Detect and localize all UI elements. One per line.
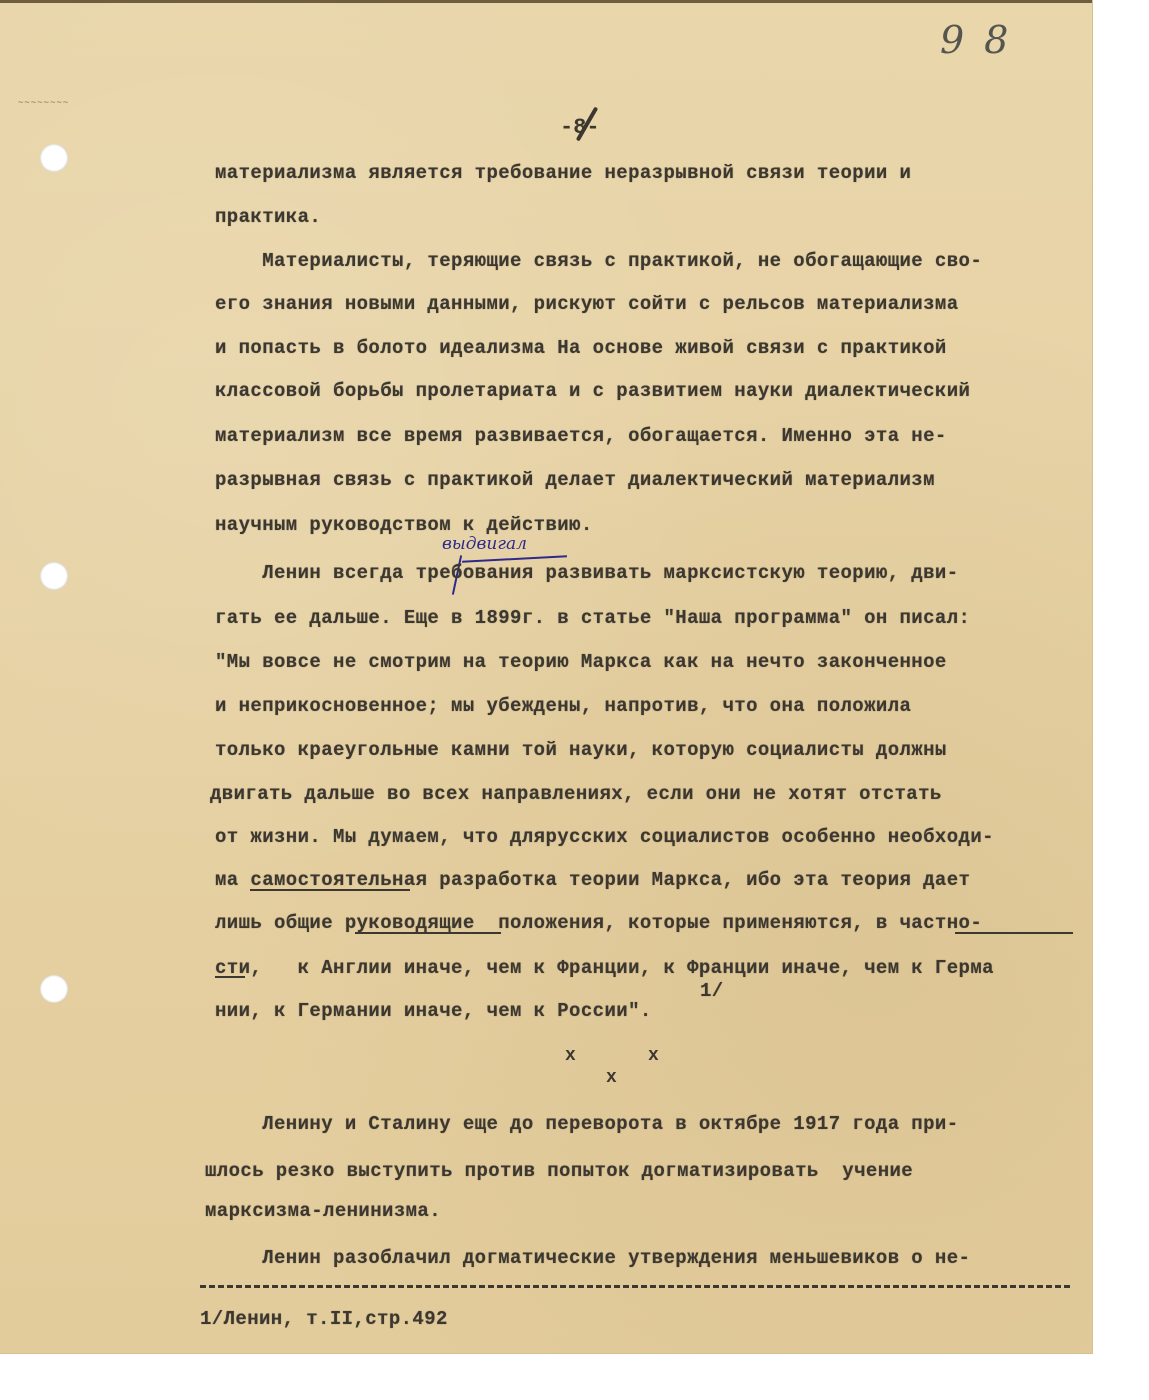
underline-mark (955, 932, 1073, 934)
underline-mark (355, 932, 501, 934)
text-line: и неприкосновенное; мы убеждены, напроти… (215, 695, 911, 717)
text-line: сти, к Англии иначе, чем к Франции, к Фр… (215, 957, 994, 979)
text-line: Ленину и Сталину еще до переворота в окт… (215, 1113, 959, 1135)
typewritten-page: ~~~~~~~~ 98 -8- материализма является тр… (0, 0, 1093, 1354)
underline-mark (250, 889, 410, 891)
text-line: только краеугольные камни той науки, кот… (215, 739, 947, 761)
footnote: 1/Ленин, т.II,стр.492 (200, 1308, 448, 1330)
text-line: от жизни. Мы думаем, что длярусских соци… (215, 826, 994, 848)
punch-hole-bottom (40, 975, 68, 1003)
paper-edge (0, 0, 1092, 3)
text-line: материализм все время развивается, обога… (215, 425, 947, 447)
separator-x: x (648, 1046, 659, 1066)
archive-folio-number: 98 (940, 18, 1028, 62)
punch-hole-middle (40, 562, 68, 590)
separator-x: x (606, 1068, 617, 1088)
text-line: его знания новыми данными, рискуют сойти… (215, 293, 959, 315)
text-line: классовой борьбы пролетариата и с развит… (215, 380, 970, 402)
text-line: научным руководством к действию. (215, 514, 593, 536)
text-line: двигать дальше во всех направлениях, есл… (210, 783, 942, 805)
footnote-divider (200, 1285, 1070, 1288)
text-line: и попасть в болото идеализма На основе ж… (215, 337, 947, 359)
text-line: нии, к Германии иначе, чем к России". (215, 1000, 652, 1022)
text-line: Ленин всегда требования развивать маркси… (215, 562, 959, 584)
footnote-marker: 1/ (700, 980, 724, 1002)
text-line: практика. (215, 206, 321, 228)
handwritten-correction: выдвигал (442, 534, 527, 554)
corner-scribble: ~~~~~~~~ (18, 98, 69, 108)
text-line: "Мы вовсе не смотрим на теорию Маркса ка… (215, 651, 947, 673)
text-line: марксизма-ленинизма. (205, 1200, 441, 1222)
text-line: шлось резко выступить против попыток дог… (205, 1160, 913, 1182)
underline-mark (215, 976, 245, 978)
text-line: лишь общие руководящие положения, которы… (215, 912, 982, 934)
text-line: Ленин разоблачил догматические утвержден… (215, 1247, 970, 1269)
text-line: гать ее дальше. Еще в 1899г. в статье "Н… (215, 607, 970, 629)
separator-x: x (565, 1046, 576, 1066)
text-line: ма самостоятельная разработка теории Мар… (215, 869, 970, 891)
punch-hole-top (40, 144, 68, 172)
text-line: Материалисты, теряющие связь с практикой… (215, 250, 982, 272)
text-line: разрывная связь с практикой делает диале… (215, 469, 935, 491)
text-line: материализма является требование неразры… (215, 162, 911, 184)
